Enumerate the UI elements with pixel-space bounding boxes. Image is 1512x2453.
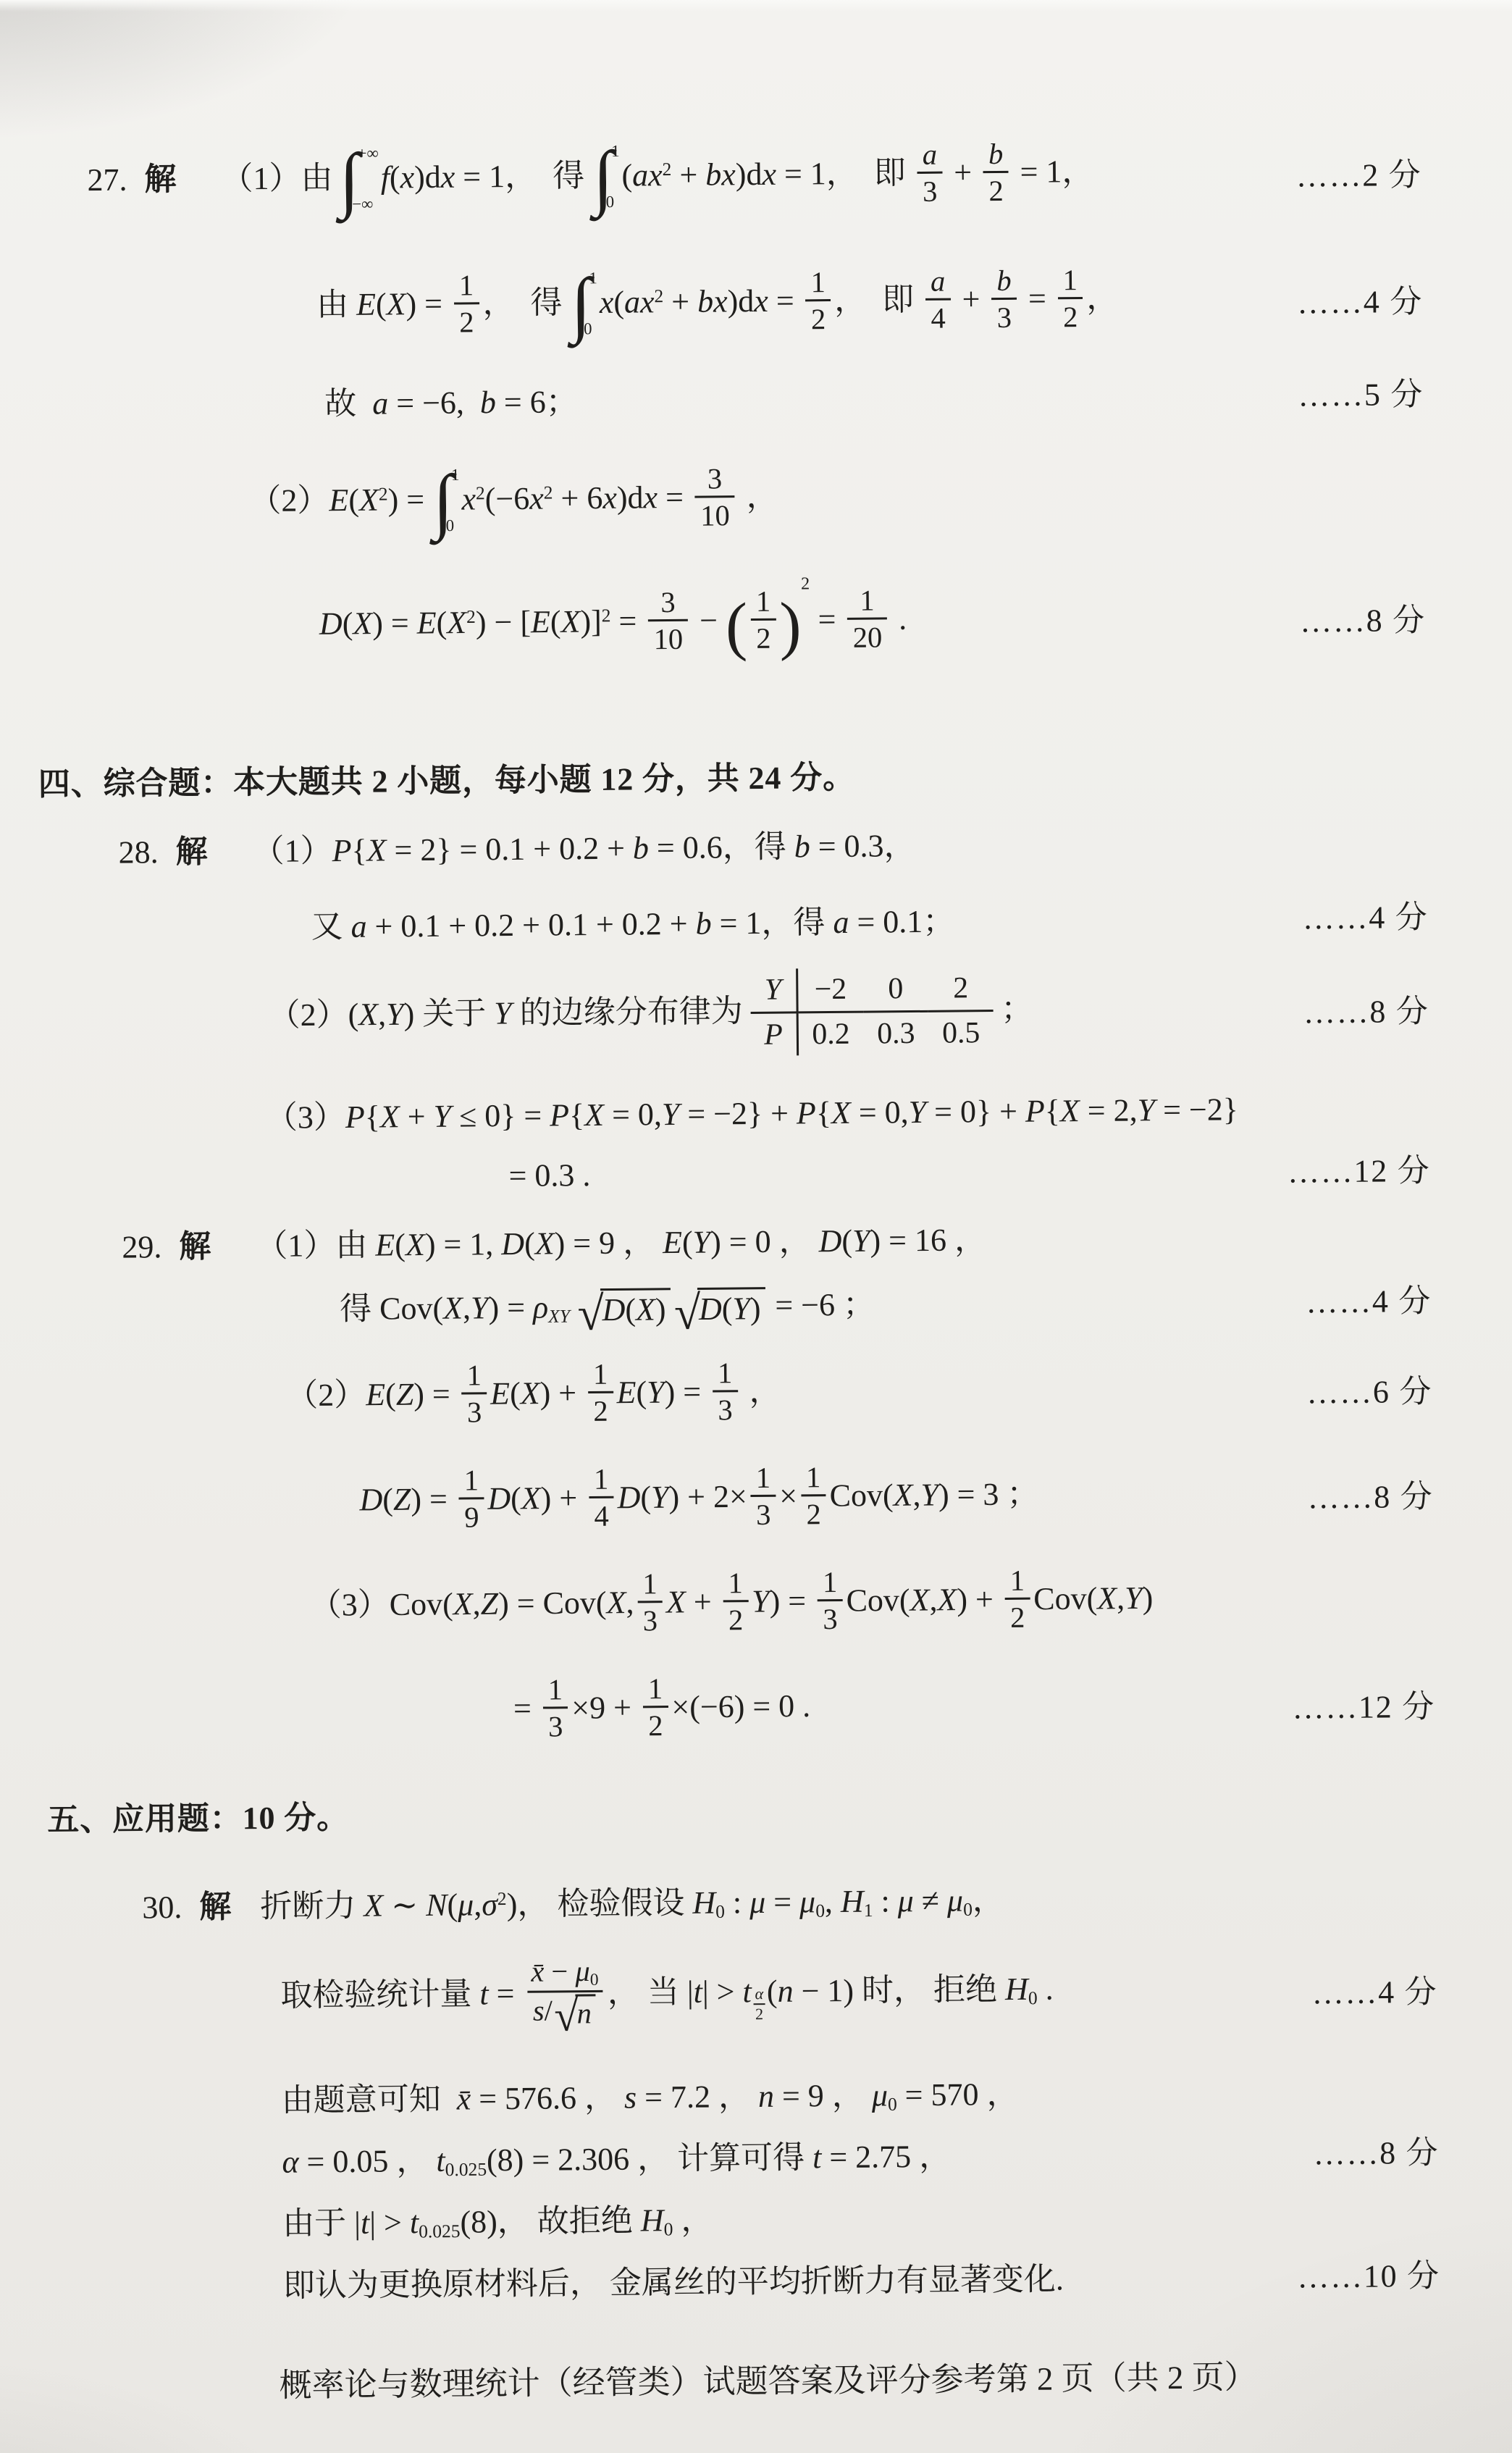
math-variable: E (663, 1225, 682, 1260)
math-variable: t (742, 1974, 752, 2009)
math-variable: X (636, 1291, 655, 1327)
math-variable: X (353, 605, 372, 641)
text-run: | > (369, 2205, 410, 2241)
numerator: 1 (588, 1357, 613, 1391)
text-run: ( (348, 482, 359, 518)
text-run: + (954, 281, 988, 316)
math-variable: x (754, 283, 768, 319)
formula: 27.解（1）由∫+∞−∞f(x)dx = 1， 得 ∫10(ax2 + bx)… (87, 138, 1094, 219)
text-run: 由 (316, 287, 356, 322)
text-run: ×(−6) = 0 . (671, 1687, 810, 1724)
denominator: 3 (462, 1392, 487, 1429)
score-marker: ……4 分 (1306, 1275, 1432, 1322)
text-run: ( (385, 1376, 396, 1412)
text-run: )， 检验假设 (506, 1885, 692, 1922)
text-run: 3 (467, 1396, 482, 1428)
spacer (211, 1257, 256, 1257)
text-run: 1 (548, 1673, 563, 1706)
text-run: 2 (988, 175, 1004, 207)
q30-line-2: 取检验统计量 t = x̄ − μ0s/√n， 当 |t| > tα2(n − … (9, 1928, 1438, 2062)
text-run: ) (750, 1291, 761, 1326)
math-variable: b (633, 830, 649, 865)
text-run: Cov( (829, 1477, 893, 1513)
text-run: ) + 2× (668, 1478, 747, 1514)
text-run: 1 (594, 1462, 609, 1495)
math-variable: E (356, 287, 376, 322)
text-run: 即认为更换原材料后， 金属丝的平均折断力有显著变化. (283, 2261, 1064, 2303)
math-variable: X (386, 286, 406, 322)
text-run: 1 (593, 1357, 608, 1390)
text-run: . (891, 600, 907, 636)
answer-sheet: 27.解（1）由∫+∞−∞f(x)dx = 1， 得 ∫10(ax2 + bx)… (0, 0, 1512, 2410)
math-fraction: 310 (694, 462, 735, 532)
text-run: 1 (1062, 264, 1078, 296)
text-run: = 2, (1080, 1092, 1138, 1128)
math-variable: E (375, 1227, 395, 1262)
section-5-header: 五、应用题：10 分。 (7, 1776, 1437, 1846)
upper-limit: 1 (451, 466, 460, 485)
math-variable: X (359, 482, 379, 518)
math-variable: t (693, 1974, 702, 2010)
math-variable: t (812, 2140, 822, 2176)
text-run: ) − [ (476, 604, 532, 640)
text-run: { (816, 1095, 832, 1131)
numerator: 1 (589, 1462, 614, 1496)
formula: （2）E(X2) = ∫10x2(−6x2 + 6x)dx = 310 ， (249, 464, 778, 540)
math-variable: α (282, 2144, 299, 2180)
text-run: （2） (286, 1377, 366, 1413)
text-run: + (686, 1584, 720, 1619)
text-run: 1 (648, 1672, 663, 1705)
math-variable: Y (752, 1583, 770, 1619)
math-variable: X (364, 1888, 383, 1924)
formula: 由题意可知 x̄ = 576.6 ， s = 7.2 ， n = 9 ， μ0 … (281, 2068, 1018, 2121)
big-paren: ) (779, 589, 802, 661)
math-variable: x (441, 159, 455, 195)
text-run: , (912, 1477, 920, 1512)
denominator: 2 (983, 171, 1009, 208)
math-variable: X (453, 1586, 473, 1622)
math-variable: X (560, 603, 580, 639)
text-run: 2 (1010, 1601, 1025, 1634)
text-run: ) = (413, 1376, 458, 1412)
math-variable: Y (692, 1225, 710, 1260)
denominator: 2 (1005, 1598, 1030, 1635)
numerator: 1 (1057, 264, 1083, 298)
math-variable: D (699, 1291, 722, 1326)
table-cell: Y (750, 968, 799, 1013)
text-run: ≠ (914, 1883, 948, 1919)
denominator: 2 (588, 1391, 613, 1428)
text-run: 1 (806, 1461, 821, 1493)
math-variable: t (361, 2205, 370, 2241)
text-run: = 9 ， (774, 2078, 872, 2114)
text-run: + (946, 154, 980, 190)
text-run: , (463, 1290, 471, 1325)
math-variable: bx (697, 283, 728, 319)
math-variable: P (550, 1097, 569, 1133)
text-run: ， (738, 479, 778, 514)
math-variable: t (436, 2143, 445, 2179)
text-run: = 1， (1012, 154, 1093, 190)
math-variable: a (833, 905, 849, 940)
text-run: ) = (769, 1582, 814, 1619)
text-run: （1） (252, 833, 332, 869)
superscript: 2 (544, 482, 553, 503)
math-variable: D (487, 1480, 511, 1516)
text-run: 折断力 (260, 1888, 364, 1924)
text-run: 3 (660, 585, 676, 618)
numerator: a (925, 264, 951, 298)
text-run: , (472, 1585, 480, 1621)
math-variable: E (329, 482, 348, 518)
numerator: 1 (854, 584, 880, 618)
text-run: 29. (122, 1229, 161, 1265)
text-run: = 2} = 0.1 + 0.2 + (386, 830, 633, 868)
math-variable: x (461, 481, 476, 516)
formula: 即认为更换原材料后， 金属丝的平均折断力有显著变化. (283, 2252, 1064, 2305)
math-variable: X (447, 605, 466, 640)
math-variable: D (359, 1482, 382, 1517)
text-run: 的边缘分布律为 (512, 993, 743, 1031)
text-run: ) + (540, 1480, 585, 1516)
text-run: ( (841, 1223, 852, 1259)
math-variable: D (501, 1226, 524, 1262)
denominator: 3 (713, 1390, 738, 1427)
subscript: 1 (864, 1900, 873, 1921)
formula: D(Z) = 19D(X) + 14D(Y) + 2×13×12Cov(X,Y)… (359, 1462, 1039, 1538)
math-variable: Y (1137, 1092, 1155, 1128)
text-run: = 0.6，得 (649, 829, 794, 866)
text-run: 2 (648, 1709, 663, 1742)
math-fraction: a3 (917, 138, 943, 208)
text-run: ( (395, 1227, 406, 1262)
formula: 28.解（1）P{X = 2} = 0.1 + 0.2 + b = 0.6，得 … (118, 819, 915, 873)
numerator: x̄ − μ0 (526, 1955, 604, 1991)
text-run: Cov( (846, 1582, 910, 1618)
formula: D(X) = E(X2) − [E(X)]2 = 310 − (12)2 = 1… (319, 587, 907, 662)
math-fraction: 120 (847, 584, 888, 654)
text-run: ) = Cov( (498, 1585, 607, 1621)
section-title: 五、应用题：10 分。 (47, 1791, 349, 1840)
text-run: 1 (810, 266, 826, 298)
math-variable: H (692, 1885, 715, 1921)
denominator: 3 (543, 1706, 568, 1743)
text-run: 2 (1063, 301, 1078, 333)
text-run: | > (702, 1974, 743, 2009)
text-run: ， (1086, 280, 1118, 316)
math-variable: μ (872, 2078, 889, 2113)
math-variable: a (350, 909, 366, 944)
overbar-variable: x̄ (531, 1955, 544, 1988)
text-run: ) = (387, 482, 432, 518)
math-variable: Y (920, 1477, 938, 1512)
numerator: 1 (453, 269, 479, 303)
math-fraction: 13 (750, 1461, 776, 1531)
q27-line-1: 27.解（1）由∫+∞−∞f(x)dx = 1， 得 ∫10(ax2 + bx)… (0, 117, 1422, 238)
math-fraction: 12 (588, 1357, 614, 1427)
math-variable: s (533, 1995, 545, 2027)
math-variable: X (358, 997, 378, 1032)
score-marker: ……2 分 (1295, 148, 1421, 196)
text-run: 故 (324, 385, 372, 422)
subscript: 0 (715, 1901, 725, 1922)
text-run: 3 (923, 175, 938, 208)
math-variable: Y (647, 1374, 665, 1409)
text-run: ≤ 0} = (451, 1097, 550, 1133)
math-fraction: x̄ − μ0s/√n (526, 1955, 605, 2032)
text-run: (8) = 2.306 ， 计算可得 (487, 2140, 813, 2179)
text-run: 1 (642, 1567, 658, 1600)
math-variable: E (531, 604, 550, 640)
text-run: 2 (459, 306, 474, 338)
text-run: ) + (539, 1375, 584, 1411)
superscript: 2 (379, 483, 388, 504)
formula: （2）(X,Y) 关于 Y 的边缘分布律为Y−202P0.20.30.5； (268, 968, 1033, 1062)
math-variable: s (624, 2080, 637, 2116)
text-run: { (1045, 1093, 1061, 1128)
math-fraction: 12 (805, 266, 831, 336)
superscript: 2 (602, 605, 611, 626)
q29-line-3: （2）E(Z) = 13E(X) + 12E(Y) = 13 ， ……6 分 (4, 1338, 1433, 1451)
text-run: × (779, 1478, 797, 1514)
subscript: 0 (815, 1900, 825, 1921)
text-run: ， 当 | (608, 1974, 694, 2010)
section-title: 四、综合题：本大题共 2 小题，每小题 12 分，共 24 分。 (38, 751, 856, 805)
text-run: )d (414, 159, 441, 195)
q27-line-3: 故 a = −6, b = 6； ……5 分 (0, 364, 1424, 430)
math-variable: b (794, 829, 810, 864)
text-run: = 576.6 ， (471, 2080, 624, 2117)
table-cell: 0.5 (928, 1012, 994, 1055)
text-run: ) (1142, 1580, 1153, 1615)
text-run: ) = 16 ， (870, 1222, 986, 1258)
lower-limit: −∞ (352, 195, 373, 214)
math-variable: D (319, 605, 343, 641)
math-variable: Y (908, 1094, 926, 1129)
denominator: 10 (648, 619, 688, 656)
text-run: 得 Cov( (340, 1290, 443, 1326)
math-variable: Y (433, 1098, 451, 1133)
text-run: ) = (411, 1481, 455, 1517)
math-variable: Y (852, 1223, 870, 1259)
text-run: − (544, 1955, 575, 1987)
numerator: 1 (712, 1357, 737, 1391)
text-run: = 1， 即 (776, 155, 914, 192)
numerator: 3 (655, 585, 681, 619)
text-run: 1 (823, 1566, 838, 1598)
text-run: 10 (654, 623, 684, 655)
text-run: 1 (1010, 1564, 1025, 1596)
numerator: 1 (542, 1673, 568, 1707)
text-run: { (365, 1099, 381, 1134)
text-run: 1 (756, 1461, 771, 1493)
math-variable: Z (396, 1376, 414, 1412)
math-variable: x (762, 156, 776, 192)
square-root: √D(X) (577, 1288, 671, 1329)
upper-limit: 1 (611, 142, 620, 161)
math-variable: b (996, 264, 1012, 296)
upper-limit: 1 (589, 269, 597, 288)
denominator: 3 (818, 1599, 843, 1636)
text-run: ( (625, 1291, 636, 1327)
math-variable: x (529, 481, 544, 516)
text-run: ) = (406, 286, 450, 322)
footer-text: 概率论与数理统计（经管类）试题答案及评分参考第 2 页（共 2 页） (279, 2350, 1257, 2406)
text-run: = (765, 1884, 799, 1920)
text-run: ( (342, 605, 353, 641)
overbar-variable: x̄ (456, 2081, 471, 2118)
denominator: 3 (637, 1601, 663, 1638)
q30-line-1: 30.解折断力 X ∼ N(μ,σ2)， 检验假设 H0 : μ = μ0, H… (8, 1863, 1437, 1937)
text-run: )d (617, 479, 644, 515)
text-run: （2） (249, 482, 329, 519)
text-run: 9 (464, 1501, 479, 1533)
text-run: 2 (811, 303, 826, 335)
score-marker: ……6 分 (1306, 1365, 1432, 1413)
text-run: : (725, 1884, 750, 1920)
math-variable: Y (386, 996, 404, 1031)
text-run: + (400, 1098, 434, 1133)
text-run: ( (447, 1887, 458, 1923)
q27-line-2: 由 E(X) = 12， 得 ∫10x(ax2 + bx)dx = 12， 即 … (0, 244, 1424, 365)
math-variable: X (910, 1582, 929, 1617)
denominator: 2 (723, 1600, 748, 1637)
text-run: 3 (823, 1603, 838, 1635)
text-run: ； (1001, 991, 1033, 1026)
subscript: 0 (1028, 1987, 1038, 2008)
score-marker: ……4 分 (1302, 891, 1428, 939)
text-run: ， (741, 1373, 781, 1409)
math-variable: n (758, 2079, 774, 2114)
text-run: + (671, 157, 705, 193)
text-run: = (810, 601, 844, 637)
bold-text: 解 (179, 1229, 211, 1265)
radical-sign: √ (554, 2000, 579, 2035)
text-run: ) = (488, 1289, 533, 1325)
score-marker: ……4 分 (1311, 1966, 1437, 2013)
lower-limit: 0 (446, 516, 455, 535)
text-run: ( (390, 159, 400, 195)
math-variable: μ (749, 1884, 766, 1920)
denominator: 2 (754, 2003, 765, 2023)
math-variable: X (893, 1477, 912, 1512)
math-variable: P (345, 1099, 365, 1134)
text-run: 4 (594, 1500, 609, 1532)
math-variable: D (602, 1291, 625, 1327)
q27-line-4: （2）E(X2) = ∫10x2(−6x2 + 6x)dx = 310 ， (0, 440, 1425, 561)
text-run: { (569, 1097, 585, 1133)
math-fraction: b3 (991, 264, 1017, 334)
text-run: . (1037, 1971, 1053, 2007)
text-run: ) 关于 (403, 995, 494, 1031)
square-root: √n (554, 1994, 596, 2030)
numerator: 1 (723, 1567, 748, 1601)
math-variable: H (841, 1884, 864, 1919)
integral-limits: 10 (589, 267, 597, 340)
q28-line-4: （3）P{X + Y ≤ 0} = P{X = 0,Y = −2} + P{X … (1, 1073, 1430, 1147)
radicand: D(Y) (697, 1287, 765, 1328)
math-fraction: 19 (458, 1464, 484, 1534)
text-run: （1）由 (256, 1228, 375, 1264)
math-variable: f (380, 159, 390, 195)
math-fraction: 12 (1057, 264, 1083, 334)
text-run: 2 (756, 622, 771, 655)
text-run: ) = (372, 605, 417, 641)
square-root: √D(Y) (674, 1287, 765, 1328)
math-fraction: a4 (925, 264, 952, 335)
spacer (208, 862, 253, 863)
math-fraction: 12 (801, 1461, 827, 1531)
math-variable: x (643, 479, 658, 515)
bold-text: 四、综合题：本大题共 2 小题，每小题 12 分，共 24 分。 (38, 760, 856, 802)
math-fraction: 13 (818, 1566, 844, 1636)
text-run: ( (636, 1374, 647, 1409)
page: 27.解（1）由∫+∞−∞f(x)dx = 1， 得 ∫10(ax2 + bx)… (0, 0, 1512, 2453)
math-variable: b (480, 385, 496, 420)
integral-limits: 10 (451, 464, 460, 537)
text-run: = 0.3， (810, 828, 916, 864)
denominator: 20 (847, 617, 887, 654)
text-run: 30. (142, 1890, 182, 1925)
math-variable: x (400, 159, 414, 195)
math-variable: X (366, 832, 386, 868)
math-variable: H (1005, 1971, 1028, 2007)
math-variable: X (666, 1584, 686, 1619)
math-variable: P (797, 1095, 816, 1131)
math-fraction: 12 (723, 1567, 749, 1637)
text-run: ( (640, 1479, 651, 1514)
text-run: ( (682, 1225, 693, 1260)
text-run: = (488, 1976, 522, 2011)
text-run: = −6 ； (767, 1286, 875, 1322)
text-run: : (873, 1884, 898, 1919)
radical-sign: √ (674, 1294, 701, 1333)
q30-line-6: 即认为更换原材料后， 金属丝的平均折断力有显著变化. ……10 分 (12, 2242, 1441, 2315)
text-run: 1 (728, 1567, 743, 1599)
denominator: 3 (991, 298, 1017, 335)
math-variable: X (443, 1290, 463, 1325)
text-run: + 6 (553, 480, 602, 516)
denominator: 2 (1058, 297, 1083, 334)
math-variable: X (1060, 1093, 1080, 1128)
subscript: 0 (888, 2094, 897, 2115)
formula: 取检验统计量 t = x̄ − μ0s/√n， 当 |t| > tα2(n − … (280, 1953, 1054, 2037)
math-variable: X (1097, 1580, 1117, 1616)
score-marker: ……8 分 (1303, 985, 1429, 1033)
text-run: )d (727, 283, 754, 319)
text-run: 1 (756, 584, 771, 617)
math-fraction: 13 (712, 1357, 738, 1427)
q28-line-3: （2）(X,Y) 关于 Y 的边缘分布律为Y−202P0.20.30.5； ……… (0, 954, 1429, 1075)
radicand: D(X) (600, 1288, 671, 1329)
formula: α = 0.05 ， t0.025(8) = 2.306 ， 计算可得 t = … (282, 2130, 951, 2182)
numerator: 1 (818, 1566, 843, 1600)
text-run: ) = (664, 1374, 709, 1410)
text-run: ( (511, 1480, 521, 1516)
subscript-fraction: α2 (753, 1985, 765, 2023)
text-run: (−6 (485, 481, 530, 517)
formula: 由 E(X) = 12， 得 ∫10x(ax2 + bx)dx = 12， 即 … (316, 265, 1119, 345)
q29-line-4: D(Z) = 19D(X) + 14D(Y) + 2×13×12Cov(X,Y)… (4, 1443, 1434, 1556)
bold-text: 五、应用题：10 分。 (47, 1800, 349, 1838)
text-run: = −2} (1155, 1091, 1238, 1128)
table-cell: 0 (863, 967, 928, 1012)
table-cell: 0.2 (798, 1012, 863, 1056)
numerator: 1 (750, 1461, 776, 1495)
math-variable: E (490, 1375, 510, 1411)
math-fraction: 14 (589, 1462, 615, 1532)
